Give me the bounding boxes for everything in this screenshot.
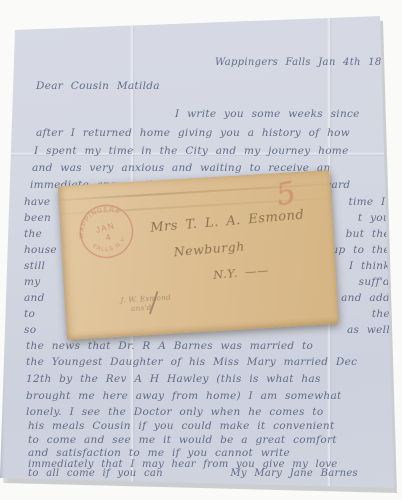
letter-signature-line: to all come if you can My Mary Jane Barn… bbox=[28, 468, 358, 479]
letter-dateline: Wappingers Falls Jan 4th 1850 bbox=[215, 57, 395, 68]
pencil-docketing: ans'd bbox=[131, 304, 152, 313]
photo-of-letter-and-cover: Wappingers Falls Jan 4th 1850 Dear Cousi… bbox=[0, 0, 402, 500]
letter-line: and satisfaction to me if you cannot wri… bbox=[28, 447, 290, 459]
letter-line: the news that Dr. R A Barnes was married… bbox=[26, 340, 313, 352]
letter-line: the Youngest Daughter of his Miss Mary m… bbox=[26, 356, 357, 368]
envelope-address-line: Newburgh bbox=[173, 238, 245, 259]
line-fragment-left: still bbox=[24, 260, 45, 272]
letter-line: his meals Cousin if you could make it co… bbox=[28, 420, 335, 432]
postmark-stamp: WAPPINGERS FALLS N.Y. JAN 4 bbox=[67, 192, 146, 271]
line-fragment-right: as well bbox=[347, 324, 390, 336]
letter-line: lonely. I see the Doctor only when he co… bbox=[26, 406, 323, 418]
letter-line: after I returned home giving you a histo… bbox=[36, 127, 350, 139]
letter-line: to come and see me it would be a great c… bbox=[28, 434, 337, 446]
envelope-address-line: Mrs T. L. A. Esmond bbox=[150, 208, 305, 236]
line-fragment-right: suff'd bbox=[359, 276, 390, 288]
letter-signature: My Mary Jane Barnes bbox=[230, 468, 358, 479]
postmark-day: 4 bbox=[104, 232, 111, 243]
envelope: WAPPINGERS FALLS N.Y. JAN 4 5 Mrs T. L. … bbox=[58, 170, 339, 340]
line-fragment-right: up to the bbox=[331, 244, 390, 256]
pencil-docketing: J. W. Esmond bbox=[120, 294, 171, 305]
line-fragment-right: time It bbox=[348, 196, 390, 208]
line-fragment-left: so bbox=[24, 324, 36, 336]
line-fragment-left: the bbox=[24, 228, 42, 240]
letter-line: I spent my time in the City and my journ… bbox=[34, 145, 349, 157]
line-fragment-right: but the bbox=[346, 228, 390, 240]
letter-salutation: Dear Cousin Matilda bbox=[36, 80, 160, 92]
line-fragment-right: t you bbox=[358, 212, 390, 224]
line-fragment-right: the bbox=[372, 308, 390, 320]
line-fragment-left: to bbox=[24, 308, 35, 320]
letter-line: brought me here away from home) I am som… bbox=[26, 390, 342, 402]
letter-line: I write you some weeks since bbox=[175, 108, 360, 120]
letter-signoff: to all come if you can bbox=[28, 468, 163, 479]
line-fragment-left: and bbox=[24, 292, 45, 304]
letter-line: 12th by the Rev A H Hawley (this is what… bbox=[26, 373, 321, 385]
envelope-address-line: N.Y. —— bbox=[213, 263, 270, 282]
line-fragment-left: my bbox=[24, 276, 41, 288]
line-fragment-left: house bbox=[24, 244, 57, 256]
line-fragment-left: been bbox=[24, 212, 51, 224]
line-fragment-right: and add bbox=[341, 292, 390, 304]
line-fragment-right: I think bbox=[349, 260, 390, 272]
